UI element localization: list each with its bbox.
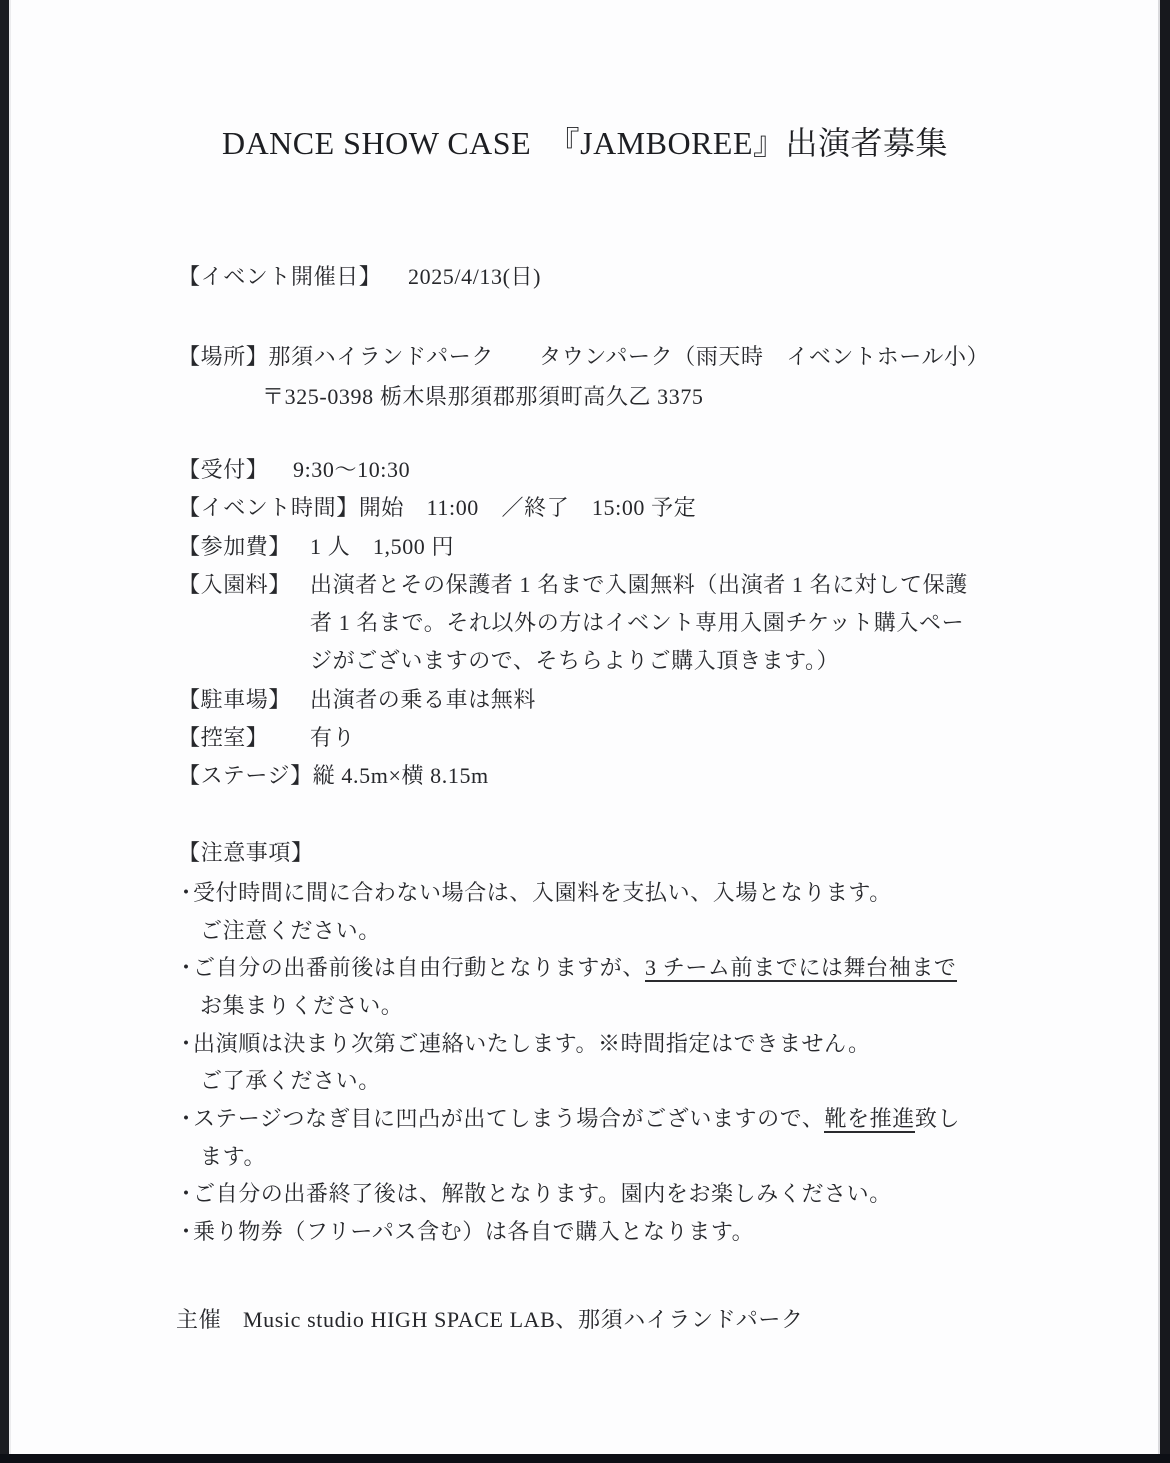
left-edge-highlight (9, 0, 11, 1463)
fee-line: 【参加費】1 人 1,500 円 (178, 528, 454, 566)
waiting-room-label: 【控室】 (178, 719, 310, 757)
flyer-title: DANCE SHOW CASE 『JAMBOREE』出演者募集 (0, 121, 1170, 165)
stage-value: 縦 4.5m×横 8.15m (313, 763, 489, 788)
waiting-room-value: 有り (310, 725, 355, 750)
note-line-continuation: ご注意ください。 (182, 912, 381, 950)
reception-line: 【受付】9:30〜10:30 (178, 451, 410, 489)
event-date-line: 【イベント開催日】2025/4/13(日) (178, 258, 541, 296)
left-edge-band (0, 0, 9, 1463)
parking-value: 出演者の乗る車は無料 (310, 687, 536, 712)
note-line: ・受付時間に間に合わない場合は、入園料を支払い、入場となります。 (175, 874, 892, 912)
note-line-continuation: お集まりください。 (182, 987, 403, 1025)
notes-heading: 【注意事項】 (178, 834, 314, 872)
bullet-mark: ・ (175, 1025, 193, 1063)
waiting-room-line: 【控室】有り (178, 719, 355, 757)
event-time-line: 【イベント時間】開始 11:00 ／終了 15:00 予定 (178, 489, 696, 527)
note-line: ・ご自分の出番終了後は、解散となります。園内をお楽しみください。 (175, 1175, 892, 1213)
venue-name: 那須ハイランドパーク タウンパーク（雨天時 イベントホール小） (268, 344, 989, 369)
bullet-mark: ・ (175, 1175, 193, 1213)
bullet-mark: ・ (175, 874, 193, 912)
organizer-value: Music studio HIGH SPACE LAB、那須ハイランドパーク (243, 1307, 804, 1332)
venue-label: 【場所】 (178, 344, 268, 369)
event-time-value: 開始 11:00 ／終了 15:00 予定 (359, 495, 697, 520)
fee-value: 1 人 1,500 円 (310, 534, 454, 559)
bullet-mark: ・ (175, 1100, 193, 1138)
reception-label: 【受付】 (178, 451, 293, 489)
bottom-edge-band (0, 1454, 1170, 1463)
event-date-value: 2025/4/13(日) (408, 264, 541, 289)
admission-text-3: ジがございますので、そちらよりご購入頂きます。） (310, 648, 839, 673)
admission-text-2: 者 1 名まで。それ以外の方はイベント専用入園チケット購入ペー (310, 610, 964, 635)
right-edge-band (1160, 0, 1170, 1463)
venue-line: 【場所】那須ハイランドパーク タウンパーク（雨天時 イベントホール小） (178, 338, 989, 376)
bullet-mark: ・ (175, 949, 193, 987)
note-line: ・ご自分の出番前後は自由行動となりますが、3 チーム前までには舞台袖まで (175, 949, 957, 987)
admission-label: 【入園料】 (178, 566, 310, 604)
bullet-mark: ・ (175, 1213, 193, 1251)
admission-line-3: ジがございますので、そちらよりご購入頂きます。） (310, 642, 839, 680)
right-edge-highlight (1158, 0, 1160, 1463)
organizer-line: 主催Music studio HIGH SPACE LAB、那須ハイランドパーク (176, 1301, 804, 1339)
stage-line: 【ステージ】縦 4.5m×横 8.15m (178, 757, 489, 795)
note-line: ・出演順は決まり次第ご連絡いたします。※時間指定はできません。 (175, 1025, 871, 1063)
flyer-page: DANCE SHOW CASE 『JAMBOREE』出演者募集 【イベント開催日… (0, 0, 1170, 1463)
parking-label: 【駐車場】 (178, 681, 310, 719)
fee-label: 【参加費】 (178, 528, 310, 566)
stage-label: 【ステージ】 (178, 763, 313, 788)
event-time-label: 【イベント時間】 (178, 495, 359, 520)
event-date-label: 【イベント開催日】 (178, 258, 408, 296)
note-line-continuation: ご了承ください。 (182, 1062, 381, 1100)
admission-line-2: 者 1 名まで。それ以外の方はイベント専用入園チケット購入ペー (310, 604, 964, 642)
note-line: ・乗り物券（フリーパス含む）は各自で購入となります。 (175, 1213, 754, 1251)
parking-line: 【駐車場】出演者の乗る車は無料 (178, 681, 536, 719)
note-line: ・ステージつなぎ目に凹凸が出てしまう場合がございますので、靴を推進致し (175, 1100, 960, 1138)
reception-value: 9:30〜10:30 (293, 457, 410, 482)
note-line-continuation: ます。 (182, 1138, 266, 1176)
venue-address: 〒325-0398 栃木県那須郡那須町高久乙 3375 (262, 384, 704, 409)
organizer-label: 主催 (176, 1301, 243, 1339)
admission-text-1: 出演者とその保護者 1 名まで入園無料（出演者 1 名に対して保護 (310, 572, 968, 597)
admission-line-1: 【入園料】出演者とその保護者 1 名まで入園無料（出演者 1 名に対して保護 (178, 566, 968, 604)
venue-address-line: 〒325-0398 栃木県那須郡那須町高久乙 3375 (262, 378, 704, 416)
